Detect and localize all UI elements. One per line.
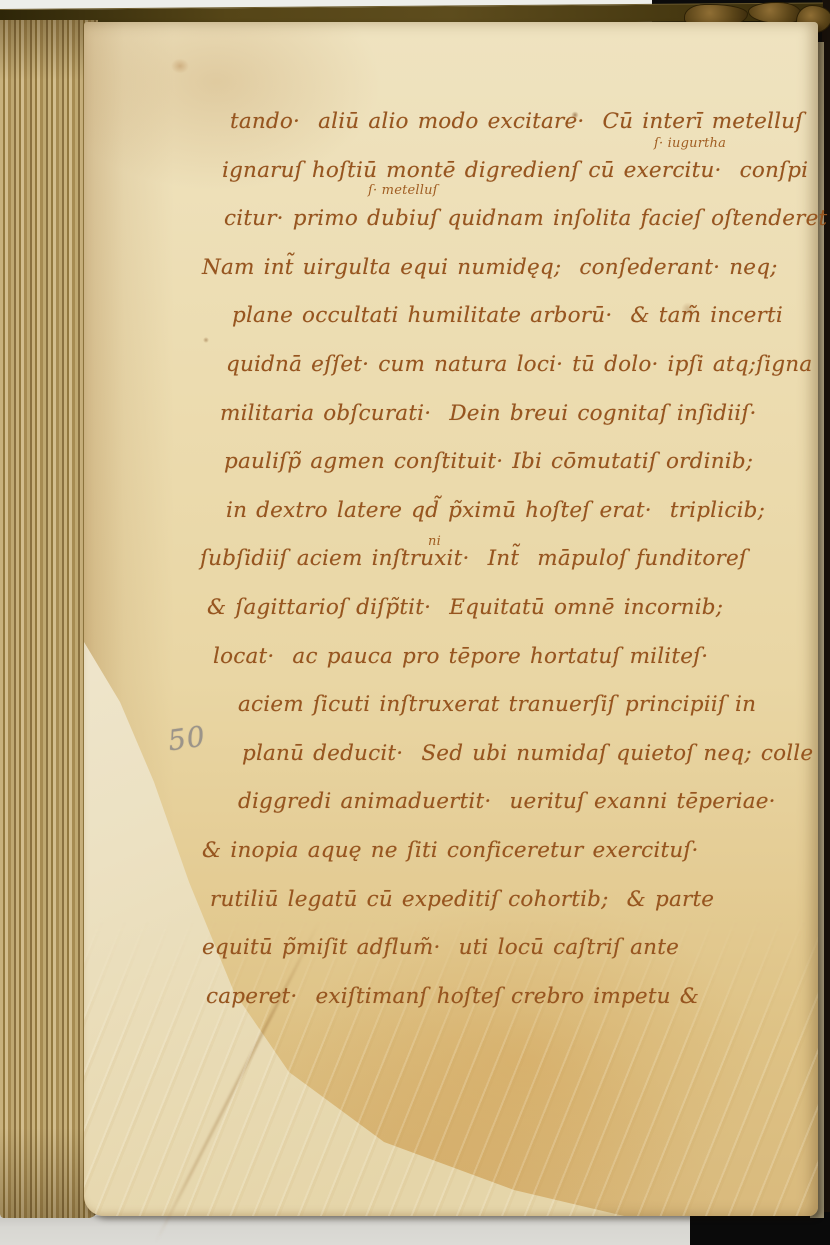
backdrop-bottom-strip: [0, 1216, 690, 1245]
interlinear-gloss-metellus: ſ· metelluſ: [368, 183, 438, 198]
text-line: rutiliū legatū cū expeditiſ cohortib; & …: [210, 876, 812, 925]
text-line: aciem ſicuti inſtruxerat tranuerſiſ prin…: [238, 681, 812, 730]
text-line: caperet· exiſtimanſ hoſteſ crebro impetu…: [206, 973, 812, 1022]
superscript-gloss-ni: ni: [428, 534, 441, 549]
text-line: ignaruſ hoſtiū montē digredienſ cū exerc…: [222, 147, 812, 196]
text-line: diggredi animaduertit· uerituſ exanni tē…: [238, 778, 812, 827]
parchment-page: tando· aliū alio modo excitare· Cū inter…: [84, 22, 818, 1216]
text-block: tando· aliū alio modo excitare· Cū inter…: [222, 98, 812, 1021]
text-line: equitū p̃miſit adflum̃· uti locū caſtriſ…: [202, 924, 812, 973]
text-line: militaria obſcurati· Dein breui cognitaſ…: [220, 390, 812, 439]
interlinear-gloss-jugurtha: ſ· iugurtha: [654, 136, 726, 151]
text-line: & ſagittarioſ diſp̃tit· Equitatū omnē in…: [207, 584, 812, 633]
manuscript-photo: tando· aliū alio modo excitare· Cū inter…: [0, 0, 830, 1245]
text-line: quidnā eſſet· cum natura loci· tū dolo· …: [226, 341, 812, 390]
text-line: ſubſidiiſ aciem inſtruxit· Int̃ māpuloſ …: [200, 535, 812, 584]
text-line: & inopia aquę ne ſiti conficeretur exerc…: [202, 827, 812, 876]
text-line: locat· ac pauca pro tēpore hortatuſ mili…: [213, 633, 812, 682]
text-line: Nam int̃ uirgulta equi numidęq; conſeder…: [202, 244, 812, 293]
text-line: pauliſp̃ agmen conſtituit· Ibi cōmutatiſ…: [224, 438, 812, 487]
text-line: planū deducit· Sed ubi numidaſ quietoſ n…: [242, 730, 812, 779]
text-line: citur· primo dubiuſ quidnam inſolita fac…: [224, 195, 812, 244]
backdrop-black-bottom-right: [688, 1212, 830, 1245]
folio-number-pencil: 50: [166, 720, 208, 758]
text-line: in dextro latere qd̃ p̃ximū hoſteſ erat·…: [226, 487, 812, 536]
text-line: plane occultati humilitate arborū· & tam…: [232, 292, 812, 341]
